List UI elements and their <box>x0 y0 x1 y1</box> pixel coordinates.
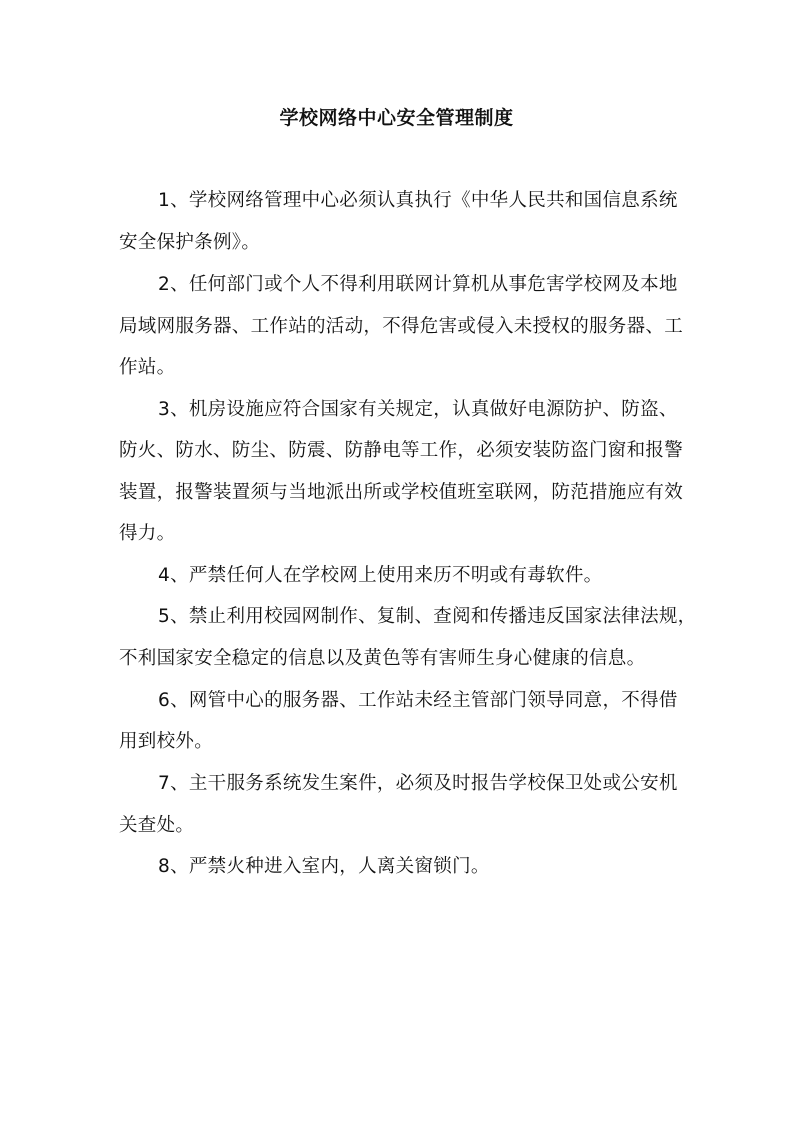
document-title: 学校网络中心安全管理制度 <box>0 106 793 130</box>
rule-3-line-3: 装置，报警装置须与当地派出所或学校值班室联网，防范措施应有效 <box>119 481 679 505</box>
rule-8-line-1: 8、严禁火种进入室内，人离关窗锁门。 <box>158 855 678 879</box>
rule-6-line-1: 6、网管中心的服务器、工作站未经主管部门领导同意，不得借 <box>158 689 678 713</box>
rule-7-line-1: 7、主干服务系统发生案件，必须及时报告学校保卫处或公安机 <box>158 772 678 796</box>
rule-6-line-2: 用到校外。 <box>119 730 679 754</box>
rule-4-line-1: 4、严禁任何人在学校网上使用来历不明或有毒软件。 <box>158 564 678 588</box>
rule-7-line-2: 关查处。 <box>119 814 679 838</box>
rule-2-line-2: 局域网服务器、工作站的活动，不得危害或侵入未授权的服务器、工 <box>119 315 679 339</box>
rule-1-line-1: 1、学校网络管理中心必须认真执行《中华人民共和国信息系统 <box>158 189 678 213</box>
rule-3-line-4: 得力。 <box>119 522 679 546</box>
rule-3-line-1: 3、机房设施应符合国家有关规定，认真做好电源防护、防盗、 <box>158 398 678 422</box>
rule-2-line-1: 2、任何部门或个人不得利用联网计算机从事危害学校网及本地 <box>158 273 678 297</box>
rule-5-line-2: 不利国家安全稳定的信息以及黄色等有害师生身心健康的信息。 <box>119 647 679 671</box>
rule-3-line-2: 防火、防水、防尘、防震、防静电等工作，必须安装防盗门窗和报警 <box>119 439 679 463</box>
rule-2-line-3: 作站。 <box>119 356 679 380</box>
rule-1-line-2: 安全保护条例》。 <box>119 231 679 255</box>
rule-5-line-1: 5、禁止利用校园网制作、复制、查阅和传播违反国家法律法规， <box>158 605 678 629</box>
